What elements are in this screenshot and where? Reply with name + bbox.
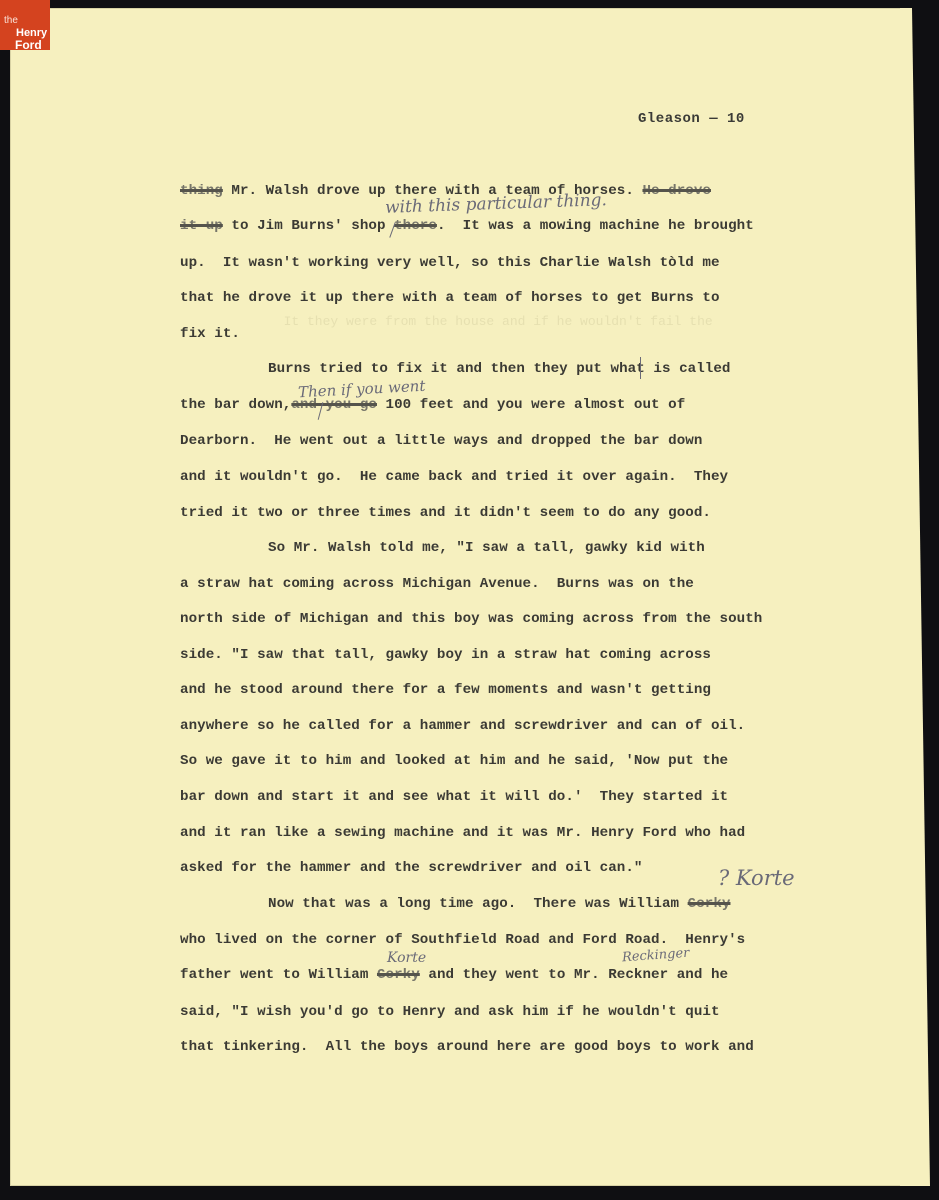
typed-line-4: that he drove it up there with a team of… <box>180 290 720 306</box>
typed-line-5: fix it. <box>180 326 240 342</box>
struck-word: thing <box>180 183 223 199</box>
typed-line-7: the bar down,and you go 100 feet and you… <box>180 397 685 413</box>
typed-line-2: it up to Jim Burns' shop there. It was a… <box>180 218 754 234</box>
typed-line-24: said, "I wish you'd go to Henry and ask … <box>180 1004 720 1020</box>
typed-line-21: Now that was a long time ago. There was … <box>268 896 730 912</box>
typed-line-20: asked for the hammer and the screwdriver… <box>180 860 642 876</box>
typed-line-16: anywhere so he called for a hammer and s… <box>180 718 745 734</box>
typed-line-10: tried it two or three times and it didn'… <box>180 505 711 521</box>
typed-line-13: north side of Michigan and this boy was … <box>180 611 762 627</box>
typed-line-12: a straw hat coming across Michigan Avenu… <box>180 576 694 592</box>
logo-ford: Ford <box>15 40 42 50</box>
typed-line-9: and it wouldn't go. He came back and tri… <box>180 469 728 485</box>
typed-line-17: So we gave it to him and looked at him a… <box>180 753 728 769</box>
logo-henry: Henry <box>16 28 47 38</box>
henry-ford-logo: the Henry Ford <box>0 0 50 50</box>
struck-word: it up <box>180 218 223 234</box>
struck-phrase: He drove <box>642 183 711 199</box>
struck-word: Gorky <box>377 967 420 983</box>
typed-line-15: and he stood around there for a few mome… <box>180 682 711 698</box>
typed-line-6: Burns tried to fix it and then they put … <box>268 361 730 377</box>
typed-line-25: that tinkering. All the boys around here… <box>180 1039 754 1055</box>
struck-word: Gorky <box>688 896 731 912</box>
page-header: Gleason — 10 <box>638 111 745 127</box>
typed-line-22: who lived on the corner of Southfield Ro… <box>180 932 745 948</box>
page-edge <box>900 8 930 1186</box>
underlined-name: Reckner <box>608 967 668 983</box>
typed-line-18: bar down and start it and see what it wi… <box>180 789 728 805</box>
bleed-through-text: It they were from the house and if he wo… <box>268 314 713 329</box>
typed-line-11: So Mr. Walsh told me, "I saw a tall, gaw… <box>268 540 705 556</box>
typed-line-14: side. "I saw that tall, gawky boy in a s… <box>180 647 711 663</box>
typed-line-23: father went to William Gorky and they we… <box>180 967 728 983</box>
typed-line-8: Dearborn. He went out a little ways and … <box>180 433 702 449</box>
handwritten-correction-korte: Korte <box>387 950 426 966</box>
struck-phrase: and you go <box>291 397 377 413</box>
handwritten-margin-korte: ? Korte <box>718 866 795 890</box>
logo-the: the <box>4 16 18 26</box>
word-separator-mark <box>640 357 641 379</box>
typed-line-19: and it ran like a sewing machine and it … <box>180 825 745 841</box>
typed-line-3: up. It wasn't working very well, so this… <box>180 255 720 271</box>
struck-word: there <box>394 218 437 234</box>
